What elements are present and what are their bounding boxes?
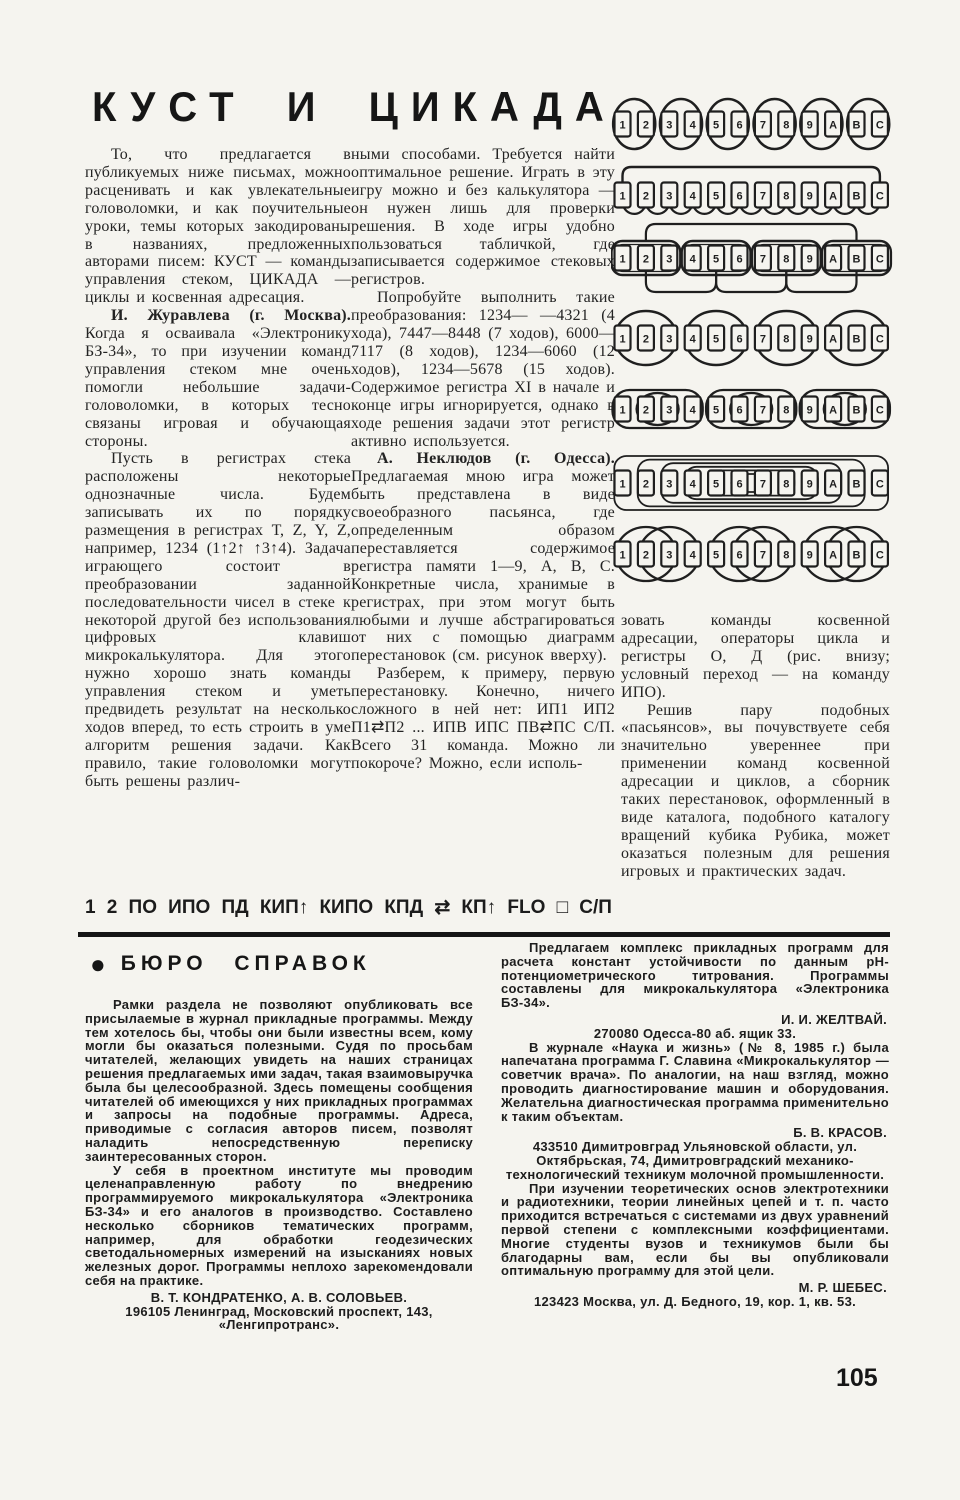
- diagram-row-overlapping-cycles-in-quads: 123456789ABC: [615, 527, 888, 581]
- article-paragraph: Пусть в регистрах стека расположены неко…: [85, 450, 351, 790]
- command-label: КПД: [384, 897, 423, 919]
- svg-text:7: 7: [760, 334, 766, 346]
- svg-text:2: 2: [643, 191, 649, 203]
- svg-text:7: 7: [760, 191, 766, 203]
- svg-text:A: A: [829, 254, 837, 266]
- svg-text:5: 5: [713, 334, 719, 346]
- svg-text:5: 5: [713, 254, 719, 266]
- svg-text:9: 9: [807, 334, 813, 346]
- svg-text:5: 5: [713, 479, 719, 491]
- address: 433510 Димитровград Ульяновской области,…: [501, 1140, 889, 1181]
- svg-text:4: 4: [690, 479, 697, 491]
- svg-text:8: 8: [783, 120, 789, 132]
- bureau-paragraph: Рамки раздела не позволяют опубликовать …: [85, 998, 473, 1164]
- article-column-1: То, что предлагается в публикуемых ниже …: [85, 146, 351, 882]
- svg-text:6: 6: [736, 479, 742, 491]
- bullet-icon: ●: [90, 951, 106, 977]
- article-paragraph: зовать команды косвенной адресации, опер…: [621, 612, 890, 702]
- svg-text:3: 3: [666, 254, 672, 266]
- section-divider-rule: [78, 932, 890, 937]
- svg-text:9: 9: [807, 479, 813, 491]
- diagram-row-cycle-groups-of-three: 123456789ABC: [612, 224, 891, 292]
- svg-text:1: 1: [619, 191, 625, 203]
- svg-text:3: 3: [666, 334, 672, 346]
- svg-text:A: A: [829, 334, 837, 346]
- svg-text:B: B: [853, 479, 861, 491]
- svg-text:2: 2: [643, 120, 649, 132]
- svg-text:6: 6: [736, 191, 742, 203]
- svg-text:A: A: [829, 550, 837, 562]
- command-label: КИПО: [319, 897, 373, 919]
- article-paragraph: Решив пару подобных «пасьянсов», вы почу…: [621, 702, 890, 881]
- svg-text:7: 7: [760, 479, 766, 491]
- svg-text:7: 7: [760, 254, 766, 266]
- svg-text:8: 8: [783, 254, 789, 266]
- bureau-column-right: Предлагаем комплекс прикладных программ …: [501, 941, 889, 1309]
- diagram-row-reverse-within-quads: 123456789ABC: [613, 390, 890, 428]
- svg-text:6: 6: [736, 120, 742, 132]
- svg-text:1: 1: [619, 479, 625, 491]
- svg-text:1: 1: [619, 334, 625, 346]
- command-label: 1: [85, 897, 96, 919]
- svg-text:2: 2: [643, 405, 649, 417]
- svg-text:2: 2: [643, 550, 649, 562]
- svg-text:4: 4: [690, 405, 697, 417]
- svg-text:5: 5: [713, 550, 719, 562]
- svg-text:2: 2: [643, 334, 649, 346]
- command-label: ПД: [221, 897, 248, 919]
- author-lead: А. Неклюдов (г. Одесса).: [377, 450, 615, 467]
- bureau-paragraph: В журнале «Наука и жизнь» (№ 8, 1985 г.)…: [501, 1041, 889, 1124]
- bureau-paragraph: При изучении теоретических основ электро…: [501, 1182, 889, 1279]
- svg-text:8: 8: [783, 479, 789, 491]
- svg-text:B: B: [853, 191, 861, 203]
- signature: И. И. ЖЕЛТВАЙ.: [501, 1013, 889, 1027]
- bureau-paragraph: Предлагаем комплекс прикладных программ …: [501, 941, 889, 1010]
- svg-text:8: 8: [783, 405, 789, 417]
- article-paragraph: Попробуйте выполнить такие преобразовани…: [351, 289, 615, 450]
- command-label: С/П: [579, 897, 612, 919]
- address: 196105 Ленинград, Московский проспект, 1…: [85, 1305, 473, 1333]
- article-paragraph: ными способами. Требуется найти оптималь…: [351, 146, 615, 289]
- command-label: ⇄: [434, 896, 450, 919]
- command-label: ПО: [129, 897, 157, 919]
- command-label: КП↑: [461, 897, 496, 919]
- address: 123423 Москва, ул. Д. Бедного, 19, кор. …: [501, 1295, 889, 1309]
- author-lead: И. Журавлева (г. Москва).: [111, 307, 351, 324]
- svg-text:3: 3: [666, 479, 672, 491]
- svg-text:5: 5: [713, 405, 719, 417]
- svg-text:8: 8: [783, 191, 789, 203]
- svg-text:1: 1: [619, 405, 625, 417]
- svg-text:6: 6: [736, 405, 742, 417]
- diagram-row-reverse-all-registers: 123456789ABC: [614, 456, 888, 510]
- svg-text:B: B: [853, 550, 861, 562]
- svg-text:1: 1: [619, 550, 625, 562]
- svg-text:7: 7: [760, 405, 766, 417]
- command-label: КИП↑: [260, 897, 308, 919]
- svg-text:B: B: [853, 254, 861, 266]
- svg-text:B: B: [853, 120, 861, 132]
- command-label: □: [557, 897, 568, 919]
- svg-text:6: 6: [736, 550, 742, 562]
- svg-text:9: 9: [807, 405, 813, 417]
- svg-text:2: 2: [643, 254, 649, 266]
- svg-text:5: 5: [713, 191, 719, 203]
- svg-text:7: 7: [760, 550, 766, 562]
- svg-text:2: 2: [643, 479, 649, 491]
- svg-text:A: A: [829, 191, 837, 203]
- svg-text:5: 5: [713, 120, 719, 132]
- svg-text:4: 4: [690, 550, 697, 562]
- signature: М. Р. ШЕБЕС.: [501, 1281, 889, 1295]
- svg-text:8: 8: [783, 550, 789, 562]
- svg-text:3: 3: [666, 191, 672, 203]
- permutation-diagram-figure: 123456789ABC123456789ABC123456789ABC1234…: [611, 90, 893, 596]
- svg-text:C: C: [876, 254, 884, 266]
- svg-text:4: 4: [690, 334, 697, 346]
- svg-text:1: 1: [619, 120, 625, 132]
- svg-text:6: 6: [736, 254, 742, 266]
- article-paragraph: То, что предлагается в публикуемых ниже …: [85, 146, 351, 307]
- svg-text:4: 4: [690, 254, 697, 266]
- diagram-row-cycle-within-triples: 123456789ABC: [615, 311, 888, 365]
- svg-text:8: 8: [783, 334, 789, 346]
- svg-text:B: B: [853, 334, 861, 346]
- command-label: 2: [107, 897, 118, 919]
- svg-text:6: 6: [736, 334, 742, 346]
- article-paragraph: А. Неклюдов (г. Одесса). Предлагаемая мн…: [351, 450, 615, 665]
- svg-text:C: C: [876, 191, 884, 203]
- svg-text:C: C: [876, 550, 884, 562]
- svg-text:3: 3: [666, 405, 672, 417]
- svg-text:9: 9: [807, 254, 813, 266]
- bureau-header: ● БЮРО СПРАВОК: [90, 951, 371, 977]
- article-column-3: зовать команды косвенной адресации, опер…: [621, 612, 890, 924]
- svg-text:C: C: [876, 479, 884, 491]
- svg-text:C: C: [876, 334, 884, 346]
- svg-text:4: 4: [690, 120, 697, 132]
- svg-text:1: 1: [619, 254, 625, 266]
- svg-text:9: 9: [807, 120, 813, 132]
- svg-text:A: A: [829, 405, 837, 417]
- article-title: КУСТ И ЦИКАДА: [92, 84, 622, 131]
- article-paragraph: Разберем, к примеру, первую перестановку…: [351, 665, 615, 772]
- svg-text:9: 9: [807, 191, 813, 203]
- command-strip: 12ПОИПОПДКИП↑КИПОКПД⇄КП↑FLO□С/П: [85, 896, 612, 919]
- svg-text:C: C: [876, 120, 884, 132]
- signature: В. Т. КОНДРАТЕНКО, А. В. СОЛОВЬЕВ.: [85, 1291, 473, 1305]
- svg-text:C: C: [876, 405, 884, 417]
- article-column-2: ными способами. Требуется найти оптималь…: [351, 146, 615, 882]
- svg-text:3: 3: [666, 120, 672, 132]
- svg-text:3: 3: [666, 550, 672, 562]
- svg-text:4: 4: [690, 191, 697, 203]
- signature: Б. В. КРАСОВ.: [501, 1126, 889, 1140]
- command-label: ИПО: [168, 897, 210, 919]
- svg-text:9: 9: [807, 550, 813, 562]
- svg-text:A: A: [829, 479, 837, 491]
- diagram-row-cycle-all-registers: 123456789ABC: [615, 167, 888, 214]
- article-paragraph: И. Журавлева (г. Москва). Когда я осваив…: [85, 307, 351, 450]
- svg-text:B: B: [853, 405, 861, 417]
- command-label: FLO: [507, 897, 545, 919]
- svg-text:A: A: [829, 120, 837, 132]
- bureau-title: БЮРО СПРАВОК: [121, 952, 371, 976]
- magazine-page: КУСТ И ЦИКАДА То, что предлагается в пуб…: [0, 0, 960, 1500]
- permutation-diagram: 123456789ABC123456789ABC123456789ABC1234…: [611, 90, 893, 596]
- bureau-paragraph: У себя в проектном институте мы проводим…: [85, 1164, 473, 1288]
- bureau-column-left: Рамки раздела не позволяют опубликовать …: [85, 998, 473, 1332]
- diagram-row-swap-adjacent-pairs: 123456789ABC: [613, 99, 889, 149]
- svg-text:7: 7: [760, 120, 766, 132]
- page-number: 105: [836, 1364, 878, 1393]
- address: 270080 Одесса-80 аб. ящик 33.: [501, 1027, 889, 1041]
